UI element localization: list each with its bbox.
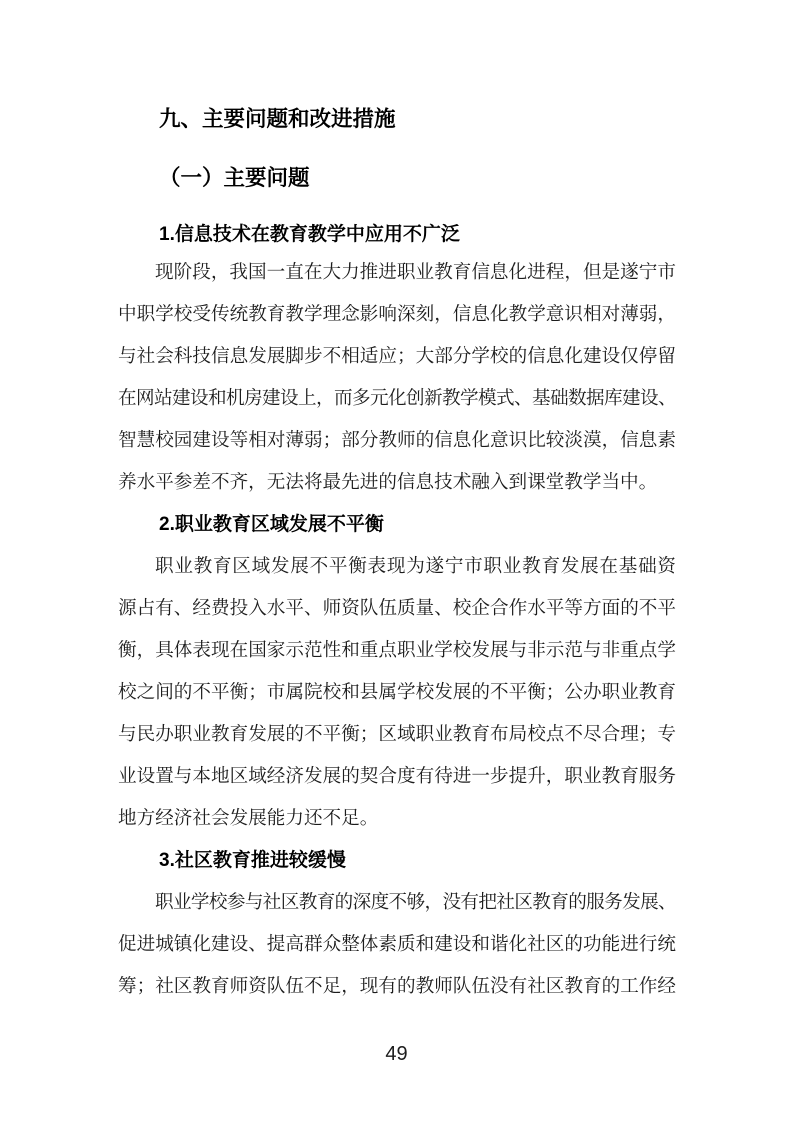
body-line: 养水平参差不齐，无法将最先进的信息技术融入到课堂教学当中。 [118,462,676,504]
section-heading-3: 3.社区教育推进较缓慢 [118,840,676,882]
body-line: 现阶段，我国一直在大力推进职业教育信息化进程，但是遂宁市 [118,252,676,294]
body-line: 与民办职业教育发展的不平衡；区域职业教育布局校点不尽合理；专 [118,714,676,756]
body-line: 筹；社区教育师资队伍不足，现有的教师队伍没有社区教育的工作经 [118,966,676,1008]
document-subtitle: （一）主要问题 [118,167,676,190]
document-page: 九、主要问题和改进措施 （一）主要问题 1.信息技术在教育教学中应用不广泛 现阶… [0,0,793,1122]
body-line: 源占有、经费投入水平、师资队伍质量、校企合作水平等方面的不平 [118,588,676,630]
section-heading-1: 1.信息技术在教育教学中应用不广泛 [118,225,676,245]
paragraph-3: 职业学校参与社区教育的深度不够，没有把社区教育的服务发展、 促进城镇化建设、提高… [118,882,676,1008]
body-line: 校之间的不平衡；市属院校和县属学校发展的不平衡；公办职业教育 [118,672,676,714]
body-line: 职业学校参与社区教育的深度不够，没有把社区教育的服务发展、 [118,882,676,924]
paragraph-2: 职业教育区域发展不平衡表现为遂宁市职业教育发展在基础资 源占有、经费投入水平、师… [118,546,676,840]
body-line: 中职学校受传统教育教学理念影响深刻，信息化教学意识相对薄弱， [118,294,676,336]
body-line: 职业教育区域发展不平衡表现为遂宁市职业教育发展在基础资 [118,546,676,588]
body-line: 智慧校园建设等相对薄弱；部分教师的信息化意识比较淡漠，信息素 [118,420,676,462]
body-line: 在网站建设和机房建设上，而多元化创新教学模式、基础数据库建设、 [118,378,676,420]
body-line: 与社会科技信息发展脚步不相适应；大部分学校的信息化建设仅停留 [118,336,676,378]
paragraph-1: 现阶段，我国一直在大力推进职业教育信息化进程，但是遂宁市 中职学校受传统教育教学… [118,252,676,504]
document-content: 九、主要问题和改进措施 （一）主要问题 1.信息技术在教育教学中应用不广泛 现阶… [118,0,676,1008]
body-line: 地方经济社会发展能力还不足。 [118,798,676,840]
document-title: 九、主要问题和改进措施 [118,108,676,131]
page-number: 49 [0,1043,793,1065]
body-line: 业设置与本地区域经济发展的契合度有待进一步提升，职业教育服务 [118,756,676,798]
body-line: 衡，具体表现在国家示范性和重点职业学校发展与非示范与非重点学 [118,630,676,672]
section-heading-2: 2.职业教育区域发展不平衡 [118,504,676,546]
body-line: 促进城镇化建设、提高群众整体素质和建设和谐化社区的功能进行统 [118,924,676,966]
